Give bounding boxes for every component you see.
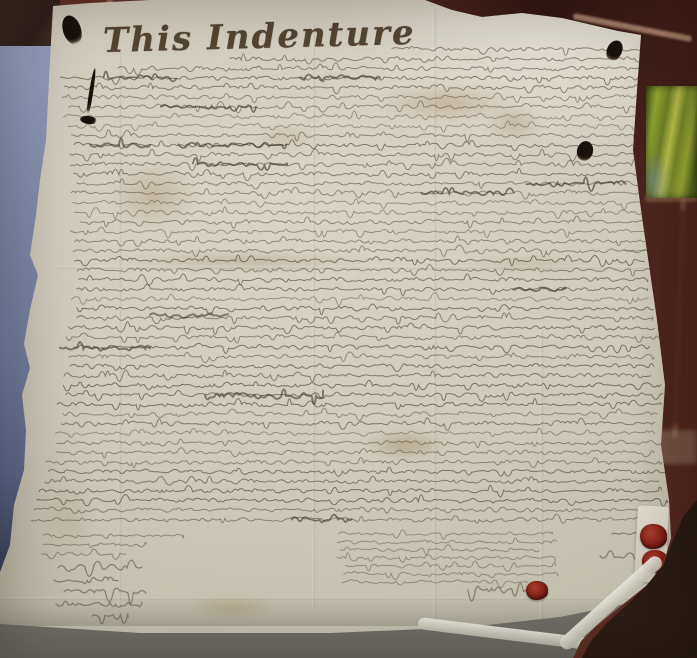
parchment-document: This Indenture (0, 0, 697, 658)
seal-layer (0, 0, 697, 658)
green-tile (646, 86, 697, 198)
wax-seal (640, 524, 667, 549)
photo-scene: This Indenture (0, 0, 697, 658)
